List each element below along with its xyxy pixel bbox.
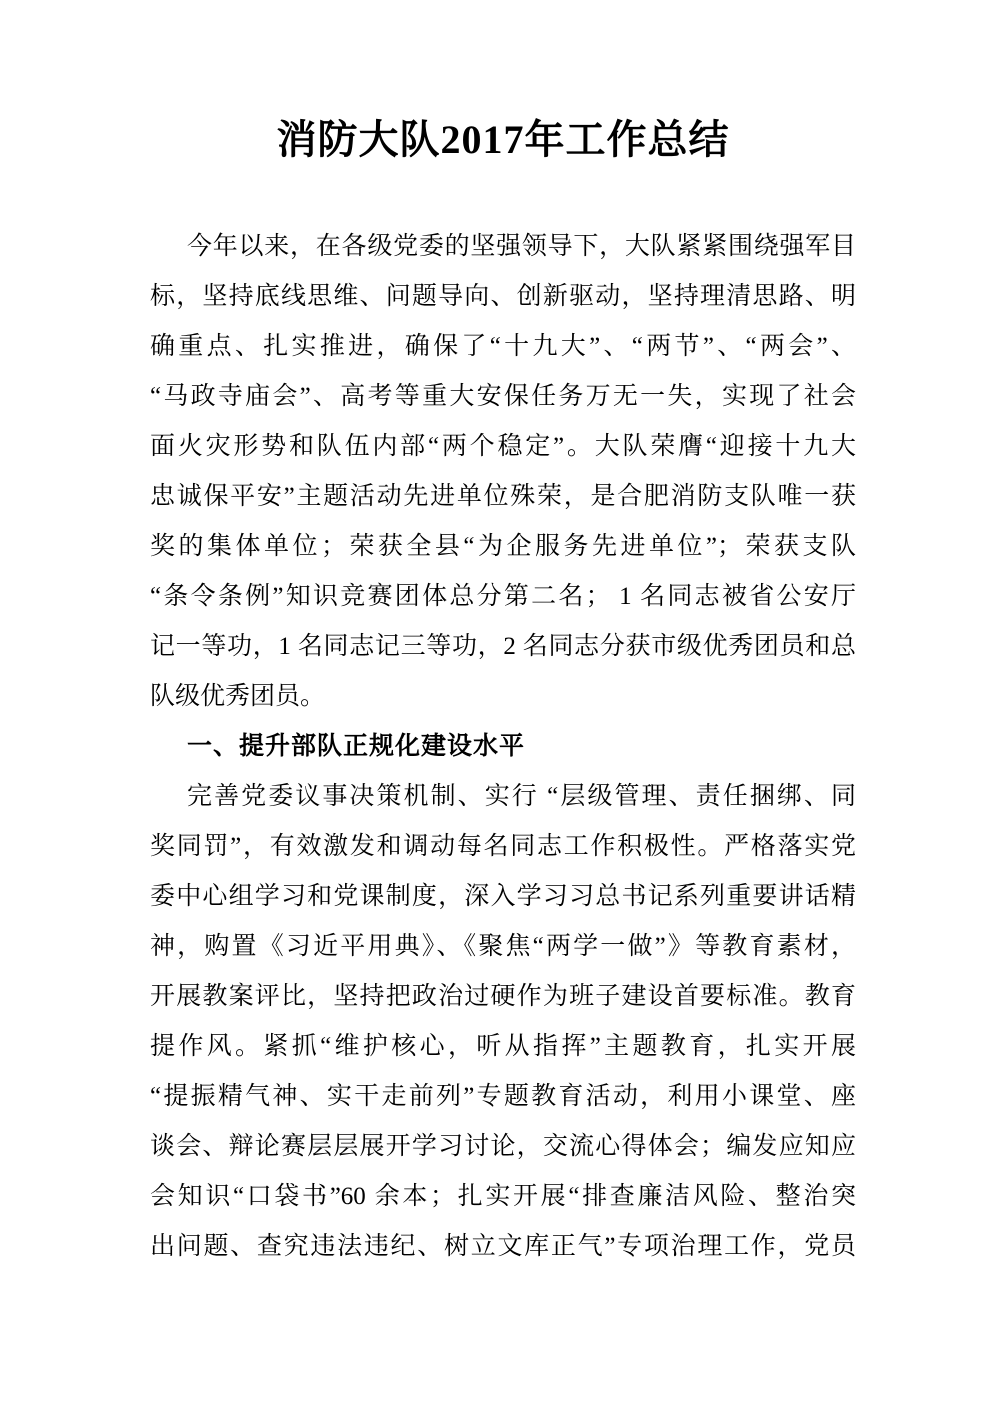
text-line: “提振精气神、实干走前列”专题教育活动，利用小课堂、座 (150, 1072, 856, 1122)
text-line: 开展教案评比，坚持把政治过硬作为班子建设首要标准。教育 (150, 972, 856, 1022)
text-line: 提作风。紧抓“维护核心，听从指挥”主题教育，扎实开展 (150, 1022, 856, 1072)
text-line: 队级优秀团员。 (150, 672, 856, 722)
text-line: “条令条例”知识竞赛团体总分第二名； 1 名同志被省公安厅 (150, 572, 856, 622)
text-line: 确重点、扎实推进，确保了“十九大”、“两节”、“两会”、 (150, 322, 856, 372)
text-line: 奖的集体单位；荣获全县“为企服务先进单位”；荣获支队 (150, 522, 856, 572)
text-line: 委中心组学习和党课制度，深入学习习总书记系列重要讲话精 (150, 872, 856, 922)
text-line: 奖同罚”，有效激发和调动每名同志工作积极性。严格落实党 (150, 822, 856, 872)
body-paragraph: 今年以来，在各级党委的坚强领导下，大队紧紧围绕强军目标，坚持底线思维、问题导向、… (150, 222, 856, 722)
body-paragraph: 完善党委议事决策机制、实行 “层级管理、责任捆绑、同奖同罚”，有效激发和调动每名… (150, 772, 856, 1272)
text-line: “马政寺庙会”、高考等重大安保任务万无一失，实现了社会 (150, 372, 856, 422)
document-page: 消防大队2017年工作总结 今年以来，在各级党委的坚强领导下，大队紧紧围绕强军目… (0, 0, 1000, 1415)
text-line: 今年以来，在各级党委的坚强领导下，大队紧紧围绕强军目 (150, 222, 856, 272)
section-heading: 一、提升部队正规化建设水平 (150, 722, 856, 772)
document-body: 今年以来，在各级党委的坚强领导下，大队紧紧围绕强军目标，坚持底线思维、问题导向、… (150, 222, 856, 1272)
text-line: 面火灾形势和队伍内部“两个稳定”。大队荣膺“迎接十九大 (150, 422, 856, 472)
text-line: 记一等功，1 名同志记三等功，2 名同志分获市级优秀团员和总 (150, 622, 856, 672)
document-content: 消防大队2017年工作总结 今年以来，在各级党委的坚强领导下，大队紧紧围绕强军目… (150, 0, 856, 1272)
text-line: 出问题、查究违法违纪、树立文库正气”专项治理工作，党员 (150, 1222, 856, 1272)
text-line: 神，购置《习近平用典》、《聚焦“两学一做”》等教育素材， (150, 922, 856, 972)
text-line: 会知识“口袋书”60 余本；扎实开展“排查廉洁风险、整治突 (150, 1172, 856, 1222)
text-line: 完善党委议事决策机制、实行 “层级管理、责任捆绑、同 (150, 772, 856, 822)
text-line: 一、提升部队正规化建设水平 (150, 722, 856, 772)
text-line: 标，坚持底线思维、问题导向、创新驱动，坚持理清思路、明 (150, 272, 856, 322)
document-title: 消防大队2017年工作总结 (150, 112, 856, 168)
text-line: 谈会、辩论赛层层展开学习讨论，交流心得体会；编发应知应 (150, 1122, 856, 1172)
text-line: 忠诚保平安”主题活动先进单位殊荣，是合肥消防支队唯一获 (150, 472, 856, 522)
